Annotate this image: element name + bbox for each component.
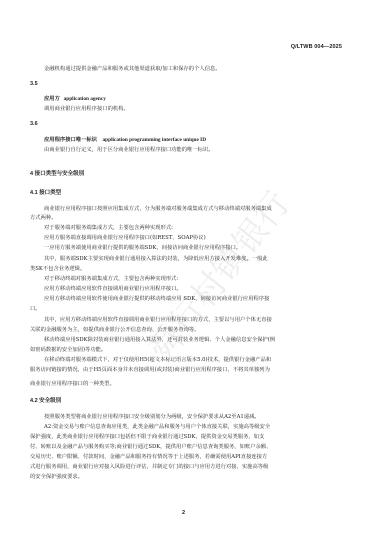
paragraph-line: 方式两种。 <box>30 215 57 222</box>
paragraph-line: 对于移动终端对服务端集成方式，主要包含两种实现形式: <box>44 276 178 283</box>
paragraph-line: 的安全保护强度要求。 <box>30 474 83 481</box>
paragraph-line: 应用方移动终端应用软件使用商业银行提供的移动终端应用 SDK，间接访问商业银行应… <box>44 296 269 303</box>
term-definition: 由商业银行自行定义，用于区分商业银行应用程序接口功能的唯一标识。 <box>44 147 214 154</box>
paragraph-line: 类SK不包含业务逻辑。 <box>30 266 85 273</box>
paragraph-line: A2:资金交易与账户信息查询应用类，此类金融产品和服务与用户个体直接关联，实施高… <box>44 424 270 431</box>
paragraph-line: 付、转账以及金融产品与服务购买等;商业银行通过SDK，提供用户账户信息查询类服务… <box>30 444 271 451</box>
standard-code: Q/LTWB 004—2025 <box>291 44 342 50</box>
paragraph-line: 其中，应用方移动终端应用软件直接调用商业银行应用程序接口的方式，主要以与用户个体… <box>44 317 272 324</box>
paragraph-line: 应用方移动终端应用软件直接调用商业银行应用程序接口。 <box>44 286 182 293</box>
paragraph-line: 式进行服务调用，商业银行应对接入风险进行评估，并制定专门的接口与应用方进行对接，… <box>30 464 268 471</box>
paragraph-line: 保护强度，此类商业银行应用程序接口包括但不限于商业银行通过SDK，提供资金交易类… <box>30 434 264 441</box>
paragraph-line: 金融机构通过提供金融产品和服务或其他渠道获取/加工和保存的个人信息。 <box>44 66 221 73</box>
term-zh: 应用方 <box>44 96 60 102</box>
paragraph-line: 一应用方服务端使用商业银行提供的服务端SDK，间接访问商业银行应用程序接口。 <box>44 245 241 252</box>
subsection-heading: 4.2 安全级别 <box>30 398 61 405</box>
term-definition: 调用商业银行应用程序接口的机构。 <box>44 106 129 113</box>
term-heading: 应用方 application agency <box>44 96 106 103</box>
document-page: 舜行村镇银行 Q/LTWB 004—2025 金融机构通过提供金融产品和服务或其… <box>0 0 382 554</box>
paragraph-line: 如密码数据的安全加固)等功能。 <box>30 347 106 354</box>
paragraph-line: 商业银行应用程序接口按照应用集成方式，分为服务端对服务端集成方式与移动终端对服务… <box>44 206 272 213</box>
paragraph-line: 按照服务类型将商业银行应用程序接口安全级别划分为两级，安全保护要求从A2至A1递… <box>44 414 260 421</box>
section-heading: 4 接口类型与安全级别 <box>30 171 84 178</box>
term-heading: 应用程序接口唯一标识 application programming inter… <box>44 137 206 144</box>
paragraph-line: 关联的金融服务为主，如提供商业银行公开信息查询、公开服务查询等。 <box>30 327 200 334</box>
paragraph-line: 移动终端应用SDK除封装商业银行通用接入算法外，还可封装业务逻辑、个人金融信息安… <box>44 337 275 344</box>
paragraph-line: 服务访问链接的情况，由于H5页面本身并未直接调用(或封装)商业银行应用程序接口，… <box>30 367 270 374</box>
term-en: application agency <box>64 96 106 102</box>
paragraph-line: 对于服务端对服务端集成方式，主要包含两种实现形式: <box>44 225 173 232</box>
subsection-heading: 4.1 接口类型 <box>30 190 61 197</box>
clause-number: 3.5 <box>30 81 38 88</box>
term-zh: 应用程序接口唯一标识 <box>44 137 97 143</box>
paragraph-line: 应用方服务端直接调用商业银行应用程序接口(如REST、SOAP协议) <box>44 235 206 242</box>
paragraph-line: 商业银行应用程序接口的一种类型。 <box>30 381 115 388</box>
paragraph-line: 在移动终端对服务端模式下，对于仅使用H5(超文本标记语言版本5.0)技术，提供银… <box>44 357 271 364</box>
paragraph-line: 交易历史、账户限额、付款时间、金融产品和服务持有情况等于上述服务，若确需使用AP… <box>30 454 267 461</box>
page-number: 2 <box>182 510 185 516</box>
paragraph-line: 口。 <box>30 306 41 313</box>
term-en: application programming interface unique… <box>103 137 207 143</box>
paragraph-line: 其中，服务端SDK主要实现商业银行通用接入算法的封装，为降低应用方接入开发难度，… <box>44 256 268 263</box>
clause-number: 3.6 <box>30 121 38 128</box>
